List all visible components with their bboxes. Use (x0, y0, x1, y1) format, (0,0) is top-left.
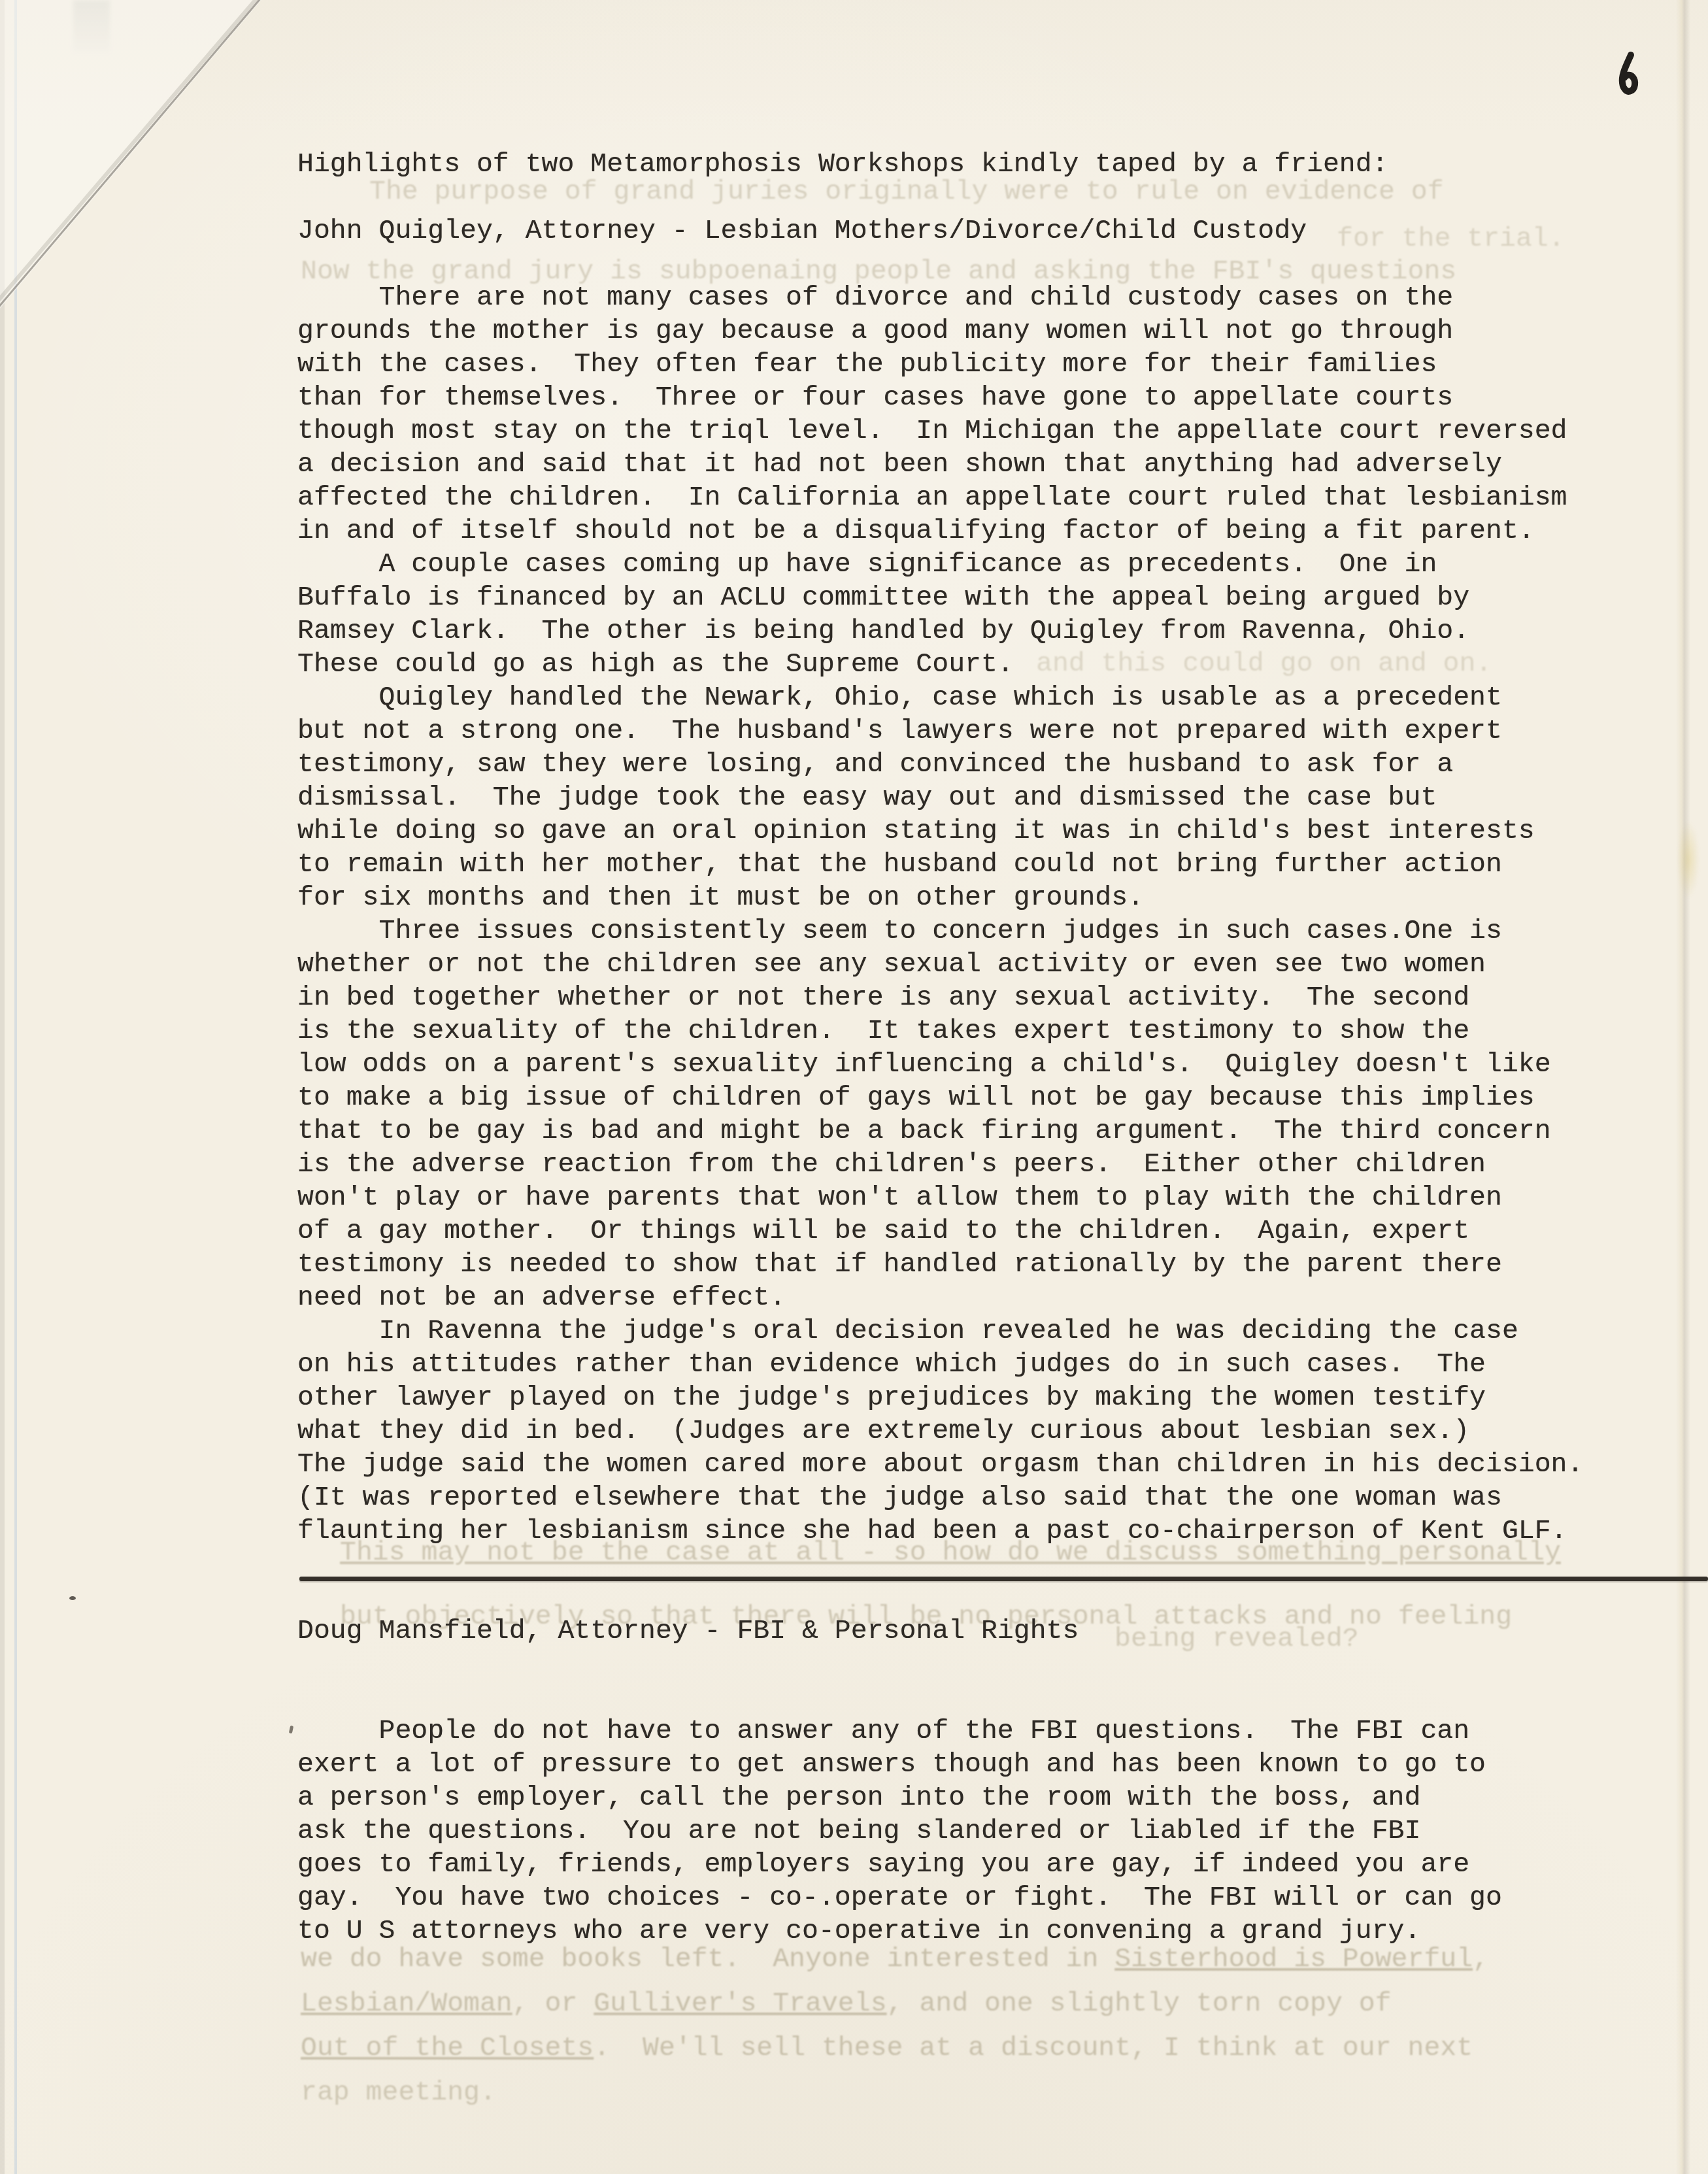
bleedthrough-text-segment: , or (512, 1988, 594, 2019)
ink-speck (289, 1726, 293, 1734)
paper-stain (1677, 820, 1700, 899)
scanned-page: The purpose of grand juries originally w… (0, 0, 1708, 2174)
bleedthrough-text-segment: , and one slightly torn copy of (887, 1988, 1392, 2019)
bleedthrough-text-line: Out of the Closets. We'll sell these at … (301, 2032, 1473, 2065)
folded-corner-crease (0, 0, 281, 333)
handwritten-page-number (1609, 47, 1655, 106)
document-text-section-quigley: Highlights of two Metamorphosis Workshop… (297, 148, 1583, 1548)
bleedthrough-text-segment: rap meeting. (301, 2077, 496, 2108)
right-paper-crease (1676, 0, 1690, 2174)
handwritten-4-icon (1609, 47, 1655, 106)
bleedthrough-text-segment: Sisterhood is Powerful (1114, 1944, 1473, 1975)
bleedthrough-text-segment: Gulliver's Travels (594, 1988, 886, 2019)
bleedthrough-text-segment: Out of the Closets (301, 2033, 594, 2064)
document-text-section-mansfield: Doug Mansfield, Attorney - FBI & Persona… (297, 1614, 1502, 1948)
section-divider-line (299, 1577, 1708, 1581)
bleedthrough-text-segment: we do have some books left. Anyone inter… (301, 1944, 1114, 1975)
ink-speck (69, 1596, 76, 1600)
bleedthrough-text-line: rap meeting. (301, 2076, 496, 2109)
bleedthrough-text-segment: , (1473, 1944, 1489, 1975)
bleedthrough-text-segment: . We'll sell these at a discount, I thin… (594, 2033, 1473, 2064)
bleedthrough-text-line: Lesbian/Woman, or Gulliver's Travels, an… (301, 1987, 1392, 2020)
bleedthrough-text-segment: Lesbian/Woman (301, 1988, 512, 2019)
